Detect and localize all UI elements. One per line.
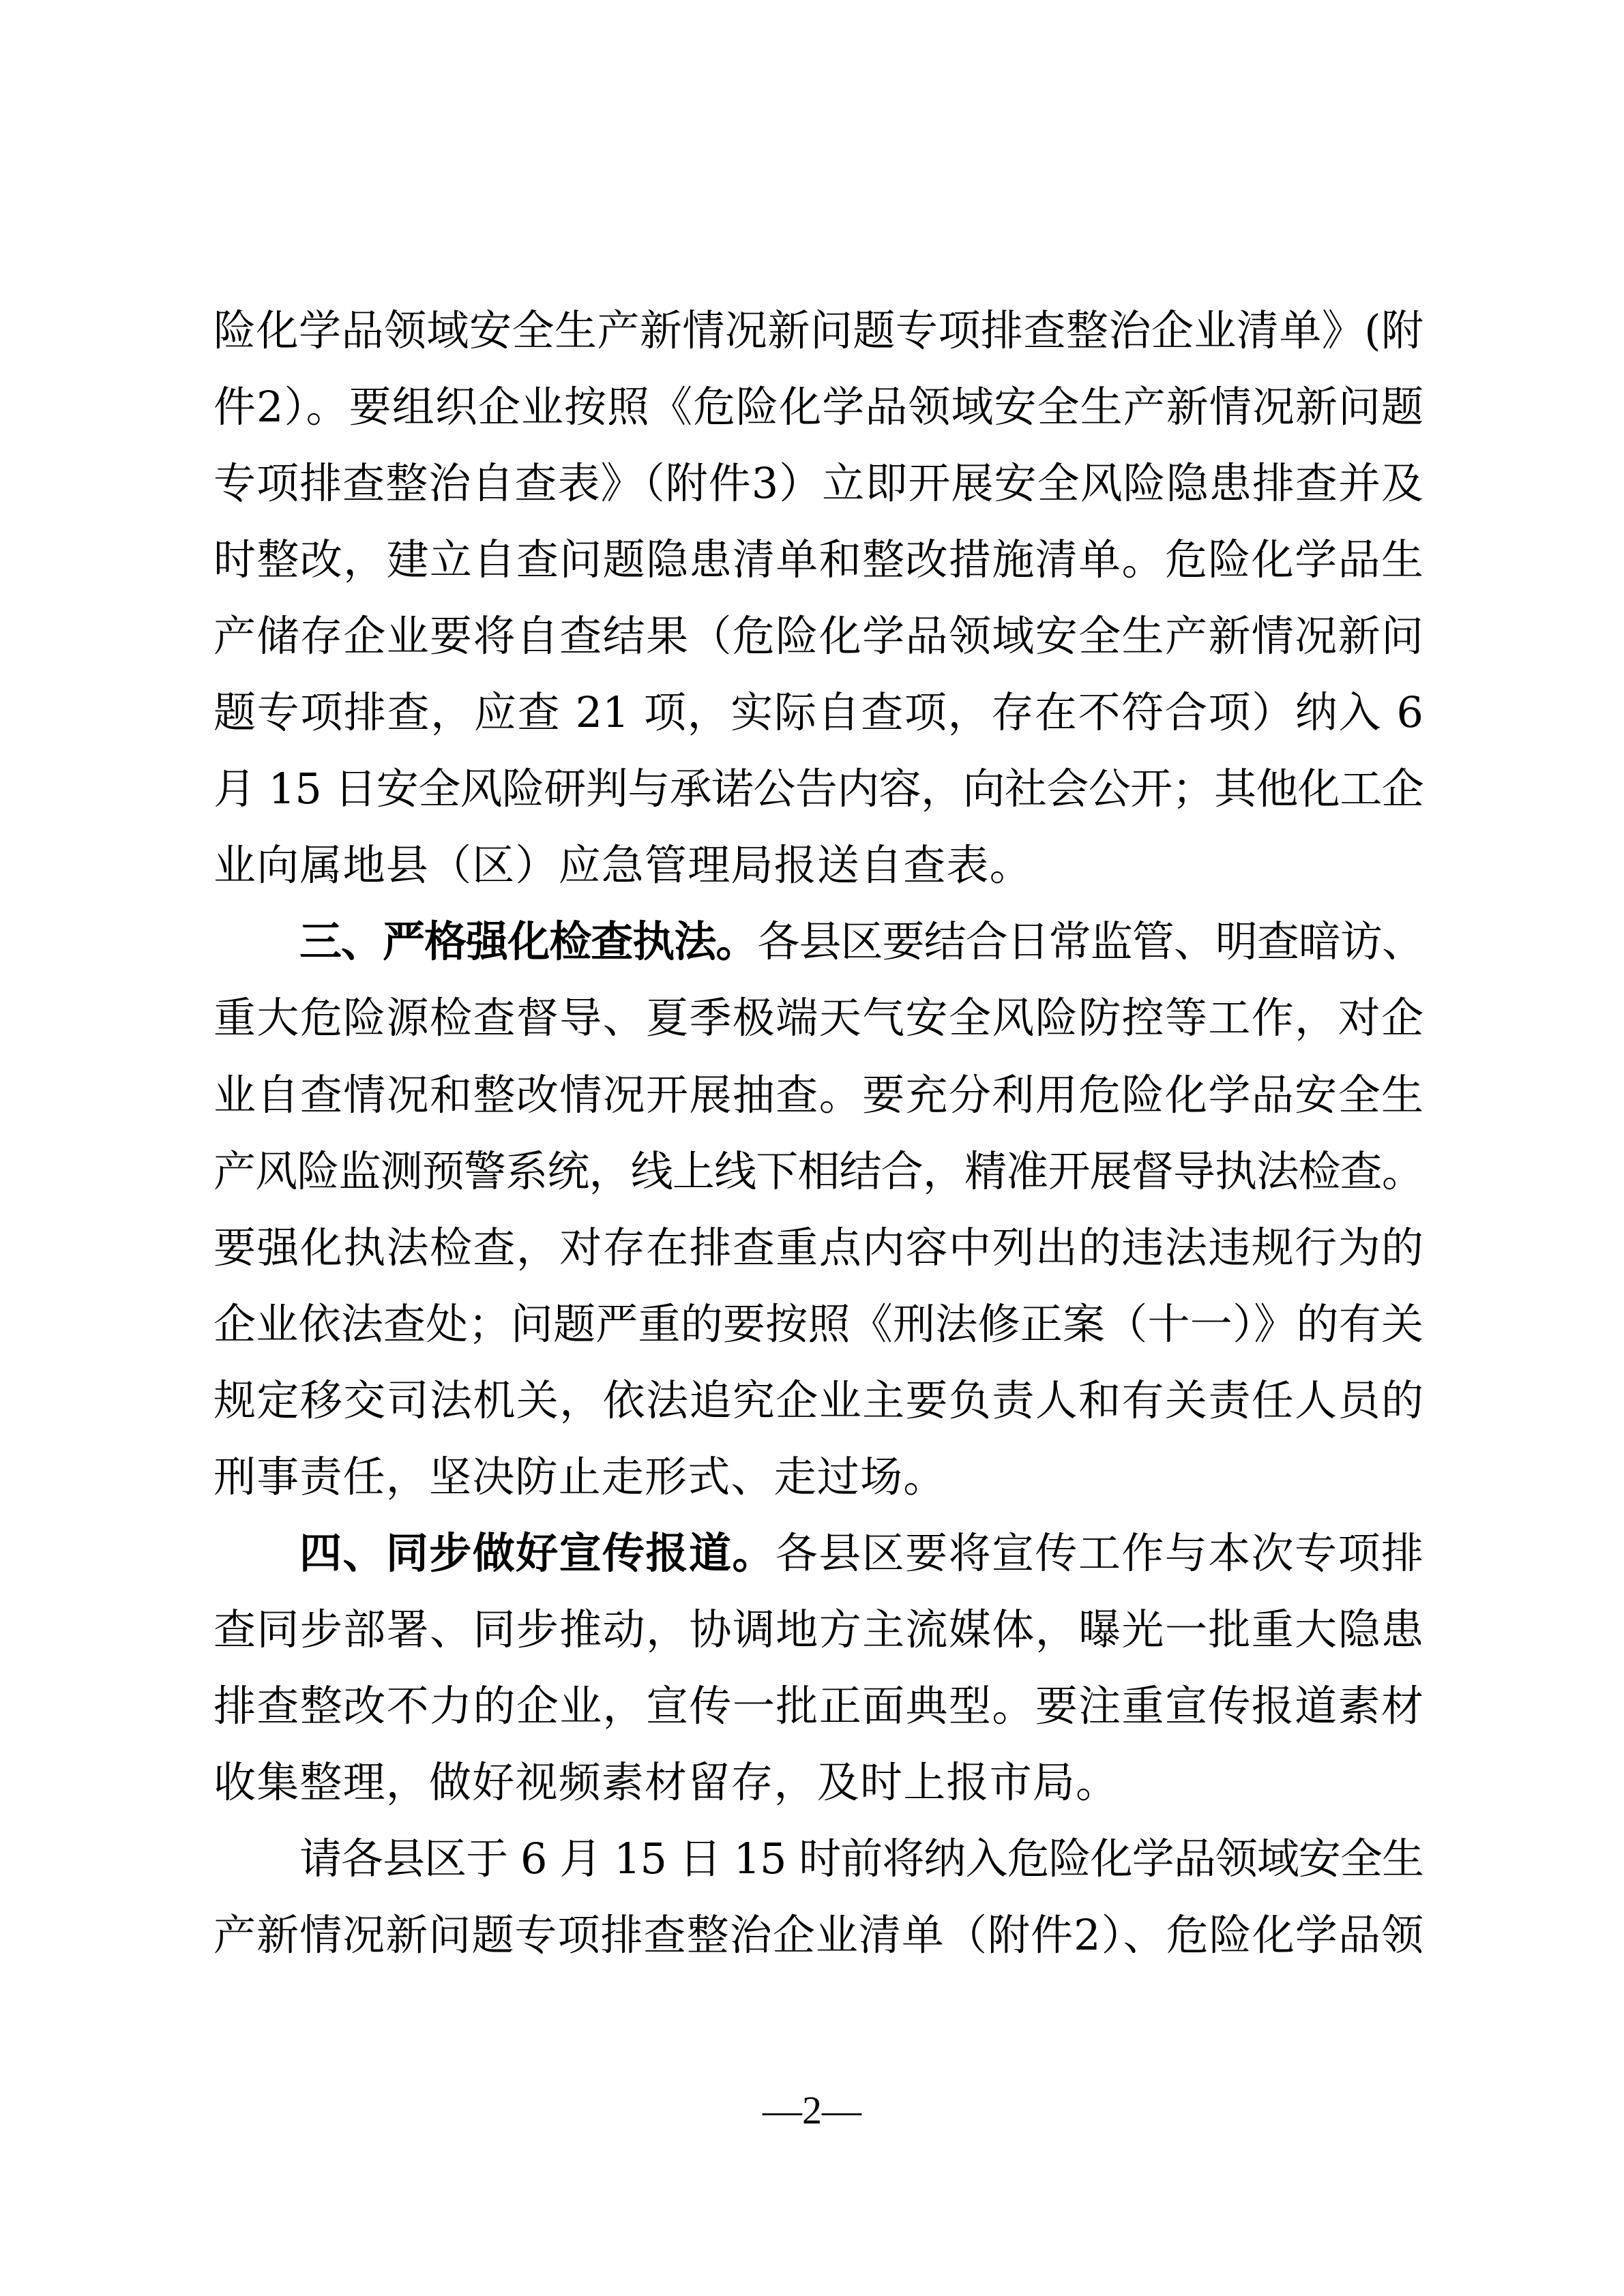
line-text: 时整改，建立自查问题隐患清单和整改措施清单。危险化学品生 xyxy=(213,535,1423,584)
line-text: 重大危险源检查督导、夏季极端天气安全风险防控等工作，对企 xyxy=(213,993,1423,1043)
body-text-line: 产新情况新问题专项排查整治企业清单（附件2）、危险化学品领 xyxy=(213,1905,1423,1981)
line-text: 业向属地县（区）应急管理局报送自查表。 xyxy=(213,840,1033,890)
line-text: 产风险监测预警系统，线上线下相结合，精准开展督导执法检查。 xyxy=(213,1146,1423,1196)
body-text-line: 月 15 日安全风险研判与承诺公告内容，向社会公开；其他化工企 xyxy=(213,758,1423,835)
body-text-line: 险化学品领域安全生产新情况新问题专项排查整治企业清单》(附 xyxy=(213,300,1423,376)
section-heading: 四、同步做好宣传报道。 xyxy=(299,1528,776,1578)
document-page: 险化学品领域安全生产新情况新问题专项排查整治企业清单》(附件2）。要组织企业按照… xyxy=(0,0,1624,2296)
body-text-line: 企业依法查处；问题严重的要按照《刑法修正案（十一）》的有关 xyxy=(213,1294,1423,1370)
line-text: 专项排查整治自查表》（附件3）立即开展安全风险隐患排查并及 xyxy=(213,458,1423,508)
line-text: 产新情况新问题专项排查整治企业清单（附件2）、危险化学品领 xyxy=(213,1910,1423,1960)
line-text: 各县区要将宣传工作与本次专项排 xyxy=(776,1528,1423,1578)
body-text-line: 业自查情况和整改情况开展抽查。要充分利用危险化学品安全生 xyxy=(213,1064,1423,1141)
line-text: 请各县区于 6 月 15 日 15 时前将纳入危险化学品领域安全生 xyxy=(299,1834,1423,1883)
body-text-line: 业向属地县（区）应急管理局报送自查表。 xyxy=(213,835,1423,911)
body-text-line: 查同步部署、同步推动，协调地方主流媒体，曝光一批重大隐患 xyxy=(213,1599,1423,1675)
line-text: 件2）。要组织企业按照《危险化学品领域安全生产新情况新问题 xyxy=(213,382,1423,432)
line-text: 业自查情况和整改情况开展抽查。要充分利用危险化学品安全生 xyxy=(213,1070,1423,1120)
line-text: 要强化执法检查，对存在排查重点内容中列出的违法违规行为的 xyxy=(213,1223,1423,1272)
line-text: 排查整改不力的企业，宣传一批正面典型。要注重宣传报道素材 xyxy=(213,1681,1423,1731)
body-text-line: 要强化执法检查，对存在排查重点内容中列出的违法违规行为的 xyxy=(213,1217,1423,1294)
line-text: 企业依法查处；问题严重的要按照《刑法修正案（十一）》的有关 xyxy=(213,1299,1423,1349)
line-text: 收集整理，做好视频素材留存，及时上报市局。 xyxy=(213,1757,1119,1807)
body-text-line: 时整改，建立自查问题隐患清单和整改措施清单。危险化学品生 xyxy=(213,529,1423,606)
line-text: 查同步部署、同步推动，协调地方主流媒体，曝光一批重大隐患 xyxy=(213,1605,1423,1654)
body-text-line: 题专项排查，应查 21 项，实际自查项，存在不符合项）纳入 6 xyxy=(213,682,1423,758)
body-text-line: 排查整改不力的企业，宣传一批正面典型。要注重宣传报道素材 xyxy=(213,1675,1423,1752)
section-heading-line: 三、严格强化检查执法。各县区要结合日常监管、明查暗访、 xyxy=(299,911,1423,987)
line-text: 产储存企业要将自查结果（危险化学品领域安全生产新情况新问 xyxy=(213,611,1423,661)
section-heading-line: 四、同步做好宣传报道。各县区要将宣传工作与本次专项排 xyxy=(299,1523,1423,1599)
body-text-line: 规定移交司法机关，依法追究企业主要负责人和有关责任人员的 xyxy=(213,1370,1423,1446)
line-text: 各县区要结合日常监管、明查暗访、 xyxy=(757,916,1423,966)
line-text: 刑事责任，坚决防止走形式、走过场。 xyxy=(213,1452,946,1502)
body-text-line: 刑事责任，坚决防止走形式、走过场。 xyxy=(213,1446,1423,1523)
body-text-line: 产储存企业要将自查结果（危险化学品领域安全生产新情况新问 xyxy=(213,606,1423,682)
line-text: 险化学品领域安全生产新情况新问题专项排查整治企业清单》(附 xyxy=(213,305,1423,355)
page-number: —2— xyxy=(0,2087,1624,2134)
line-text: 题专项排查，应查 21 项，实际自查项，存在不符合项）纳入 6 xyxy=(213,687,1423,737)
section-heading: 三、严格强化检查执法。 xyxy=(299,916,757,966)
body-text-line: 专项排查整治自查表》（附件3）立即开展安全风险隐患排查并及 xyxy=(213,453,1423,529)
body-text-line: 收集整理，做好视频素材留存，及时上报市局。 xyxy=(213,1752,1423,1828)
body-text-line: 重大危险源检查督导、夏季极端天气安全风险防控等工作，对企 xyxy=(213,987,1423,1064)
line-text: 月 15 日安全风险研判与承诺公告内容，向社会公开；其他化工企 xyxy=(213,764,1423,814)
body-text-line: 产风险监测预警系统，线上线下相结合，精准开展督导执法检查。 xyxy=(213,1141,1423,1217)
body-text-line: 件2）。要组织企业按照《危险化学品领域安全生产新情况新问题 xyxy=(213,376,1423,453)
body-text-line: 请各县区于 6 月 15 日 15 时前将纳入危险化学品领域安全生 xyxy=(299,1828,1423,1905)
line-text: 规定移交司法机关，依法追究企业主要负责人和有关责任人员的 xyxy=(213,1375,1423,1425)
